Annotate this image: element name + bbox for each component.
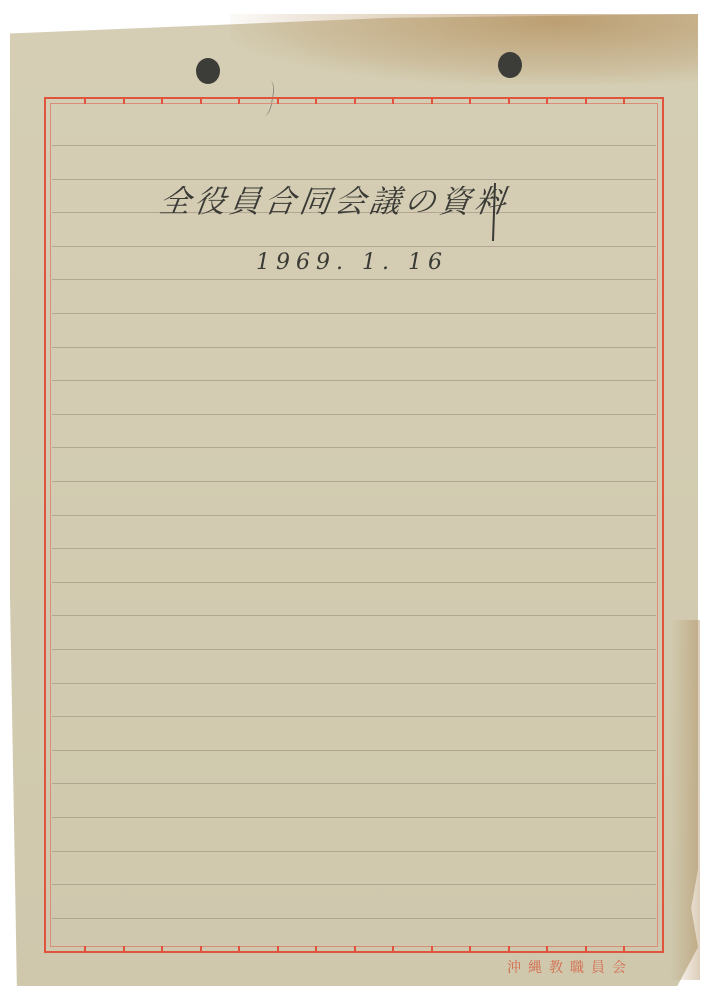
border-tick: [392, 99, 394, 104]
printed-organization-footer: 沖縄教職員会: [507, 957, 633, 977]
border-tick: [315, 946, 317, 951]
ruled-line: [52, 515, 656, 516]
border-tick: [585, 946, 587, 951]
border-tick: [123, 99, 125, 104]
ruled-line: [52, 851, 656, 852]
ruled-line: [52, 817, 656, 818]
ruled-line: [52, 447, 656, 448]
red-border-inner: [50, 103, 658, 947]
ruled-line: [52, 649, 656, 650]
border-tick: [161, 99, 163, 104]
border-tick: [431, 946, 433, 951]
ruled-line: [52, 313, 656, 314]
ruled-line: [52, 582, 656, 583]
ruled-line: [52, 750, 656, 751]
border-tick: [623, 99, 625, 104]
ruled-line: [52, 246, 656, 247]
handwritten-date: 1969. 1. 16: [256, 250, 448, 275]
border-tick: [508, 99, 510, 104]
border-tick: [354, 99, 356, 104]
ruled-line: [52, 716, 656, 717]
border-tick: [200, 946, 202, 951]
border-tick: [238, 99, 240, 104]
punch-hole-right: [498, 52, 522, 78]
border-tick: [123, 946, 125, 951]
border-tick: [200, 99, 202, 104]
border-tick: [508, 946, 510, 951]
border-tick: [585, 99, 587, 104]
ruled-line: [52, 783, 656, 784]
ruled-line: [52, 481, 656, 482]
border-tick: [84, 946, 86, 951]
ruled-line: [52, 414, 656, 415]
border-tick: [623, 946, 625, 951]
ruled-line: [52, 145, 656, 146]
border-tick: [546, 946, 548, 951]
border-tick: [431, 99, 433, 104]
border-tick: [277, 946, 279, 951]
border-tick: [469, 946, 471, 951]
border-tick: [315, 99, 317, 104]
ruled-line: [52, 279, 656, 280]
ruled-line: [52, 347, 656, 348]
border-tick: [546, 99, 548, 104]
ruled-line: [52, 548, 656, 549]
ruled-line: [52, 380, 656, 381]
punch-hole-left: [196, 58, 220, 84]
handwritten-title: 全役員合同会議の資料: [157, 176, 513, 221]
border-tick: [238, 946, 240, 951]
border-tick: [161, 946, 163, 951]
ruled-line: [52, 918, 656, 919]
border-tick: [84, 99, 86, 104]
border-tick: [277, 99, 279, 104]
ruled-line: [52, 615, 656, 616]
ruled-line: [52, 884, 656, 885]
border-tick: [354, 946, 356, 951]
border-tick: [469, 99, 471, 104]
ruled-line: [52, 683, 656, 684]
border-tick: [392, 946, 394, 951]
